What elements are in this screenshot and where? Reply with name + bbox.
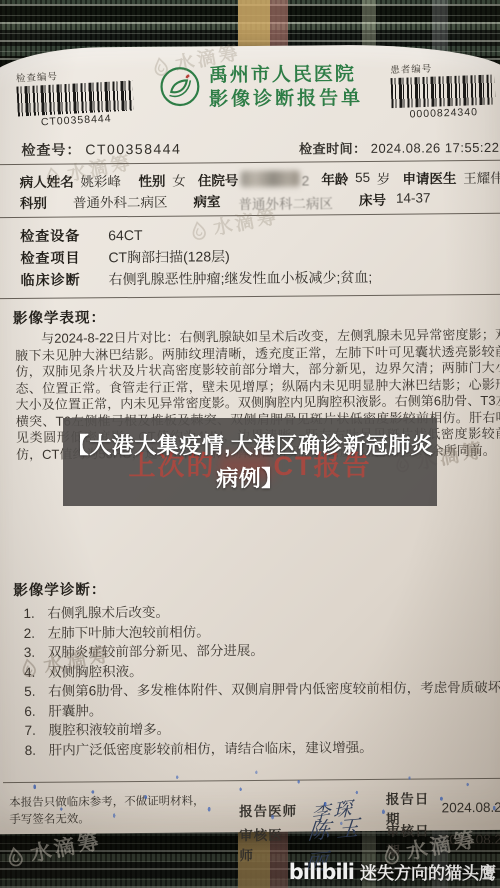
diagnosis-item-text: 肝内广泛低密度影较前相仿，请结合临床，建议增强。: [49, 737, 373, 759]
report-header: 检查编号 CT00358444 禹州市人民医院: [0, 50, 500, 138]
patient-barcode-icon: [391, 74, 496, 108]
diagnosis-item-text: 肝囊肿。: [48, 701, 102, 721]
patient-row-2: 科别 普通外科二病区 病室 普通外科二病区 床号 14-37: [20, 187, 500, 212]
diagnosis-item-text: 腹腔积液较前增多。: [48, 720, 170, 741]
patient-name-label: 病人姓名: [20, 170, 74, 190]
dept-label: 科别: [20, 191, 47, 211]
exam-barcode-label: 检查编号: [16, 68, 59, 84]
gender-value: 女: [172, 169, 186, 189]
diagnosis-item-number: 6.: [24, 701, 48, 721]
exam-barcode-block: 检查编号 CT00358444: [16, 65, 135, 130]
diagnosis-item-number: 2.: [24, 623, 48, 643]
diagnosis-item-text: 双侧胸腔积液。: [48, 661, 143, 681]
report-title: 影像诊断报告单: [209, 87, 363, 112]
diagnosis-item-number: 8.: [25, 740, 49, 760]
hospital-name: 禹州市人民医院: [209, 63, 363, 88]
clinical-diagnosis-label: 临床诊断: [21, 269, 109, 290]
disclaimer-line-1: 本报告只做临床参考，不做证明材料，: [9, 793, 205, 812]
request-doctor-label: 申请医生: [402, 167, 456, 187]
diagnosis-item: 8.肝内广泛低密度影较前相仿，请结合临床，建议增强。: [25, 736, 500, 760]
clinical-diagnosis-value: 右侧乳腺恶性肿瘤;继发性血小板减少;贫血;: [109, 267, 373, 289]
hospital-logo-icon: [159, 65, 201, 112]
review-date-label: 审核日期: [386, 819, 434, 859]
findings-section-label: 影像学表现：: [13, 303, 500, 328]
exam-time-value: 2024.08.26 17:55:22: [371, 140, 500, 156]
report-doctor-label: 报告医师: [239, 800, 297, 821]
device-label: 检查设备: [20, 225, 108, 246]
report-dates: 报告日期 2024.08.26 审核日期 2024.08.26: [386, 791, 500, 860]
diagnosis-item-number: 3.: [24, 643, 48, 663]
footer-disclaimer: 本报告只做临床参考，不做证明材料， 手写签名无效。: [9, 793, 205, 863]
caption-line-2: 病例】: [216, 462, 284, 495]
review-date-value: 2024.08.26: [442, 831, 500, 847]
dept-value: 普通外科二病区: [73, 190, 168, 211]
diagnosis-item-text: 右侧乳腺术后改变。: [47, 603, 169, 624]
review-doctor-row: 审核医师 陈玉丽: [239, 826, 386, 861]
request-doctor-value: 王耀伟: [463, 166, 500, 186]
diagnosis-item-number: 4.: [24, 662, 48, 682]
admission-no-label: 住院号: [198, 169, 239, 189]
exam-item-value: CT胸部扫描(128层): [108, 246, 230, 267]
exam-info-block: 检查设备 64CT 检查项目 CT胸部扫描(128层) 临床诊断 右侧乳腺恶性肿…: [0, 214, 500, 299]
age-unit: 岁: [377, 167, 391, 187]
ward-value: 普通外科二病区: [238, 192, 333, 213]
diagnosis-item-number: 1.: [23, 604, 47, 624]
video-frame: 检查编号 CT00358444 禹州市人民医院: [0, 0, 500, 888]
channel-username: 迷失方向的猫头鹰: [360, 859, 496, 884]
caption-line-1: 【大港大集疫情,大港区确诊新冠肺炎: [67, 429, 434, 462]
clinical-diagnosis-row: 临床诊断 右侧乳腺恶性肿瘤;继发性血小板减少;贫血;: [21, 265, 500, 291]
channel-credit: bilibili 迷失方向的猫头鹰: [289, 859, 496, 884]
patient-name-value: 姚彩峰: [80, 170, 121, 190]
exam-no-label: 检查号：: [21, 141, 81, 158]
diagnosis-item-text: 右侧第6肋骨、多发椎体附件、双侧肩胛骨内低密度较前相仿，考虑骨质破坏。: [48, 678, 500, 702]
bed-label: 床号: [359, 188, 386, 208]
exam-barcode-number: CT00358444: [41, 113, 112, 129]
patient-barcode-number: 0000824340: [409, 106, 478, 120]
exam-item-label: 检查项目: [20, 247, 108, 268]
admission-no-partial: 2: [302, 173, 310, 188]
diagnosis-section-label: 影像学诊断：: [13, 575, 500, 600]
patient-barcode-block: 患者编号 0000824340: [390, 59, 496, 122]
diagnosis-list: 1.右侧乳腺术后改变。 2.左肺下叶肺大泡较前相仿。 3.双肺炎症较前部分新见、…: [23, 600, 500, 760]
bilibili-logo: bilibili: [289, 860, 354, 884]
exam-time-label: 检查时间：: [299, 141, 367, 157]
diagnosis-item-text: 双肺炎症较前部分新见、部分进展。: [48, 641, 264, 662]
video-caption-overlay: 上次的CT报告 【大港大集疫情,大港区确诊新冠肺炎 病例】: [63, 418, 437, 506]
patient-info-block: 病人姓名 姚彩峰 性别 女 住院号 2 年龄 55 岁 申请医生 王耀伟 科别 …: [0, 161, 500, 218]
exam-no-value: CT00358444: [85, 141, 181, 158]
review-doctor-label: 审核医师: [239, 824, 292, 864]
diagnosis-item-number: 7.: [24, 721, 48, 741]
report-date-value: 2024.08.26: [442, 799, 500, 815]
patient-barcode-label: 患者编号: [390, 61, 432, 76]
age-value: 55: [355, 170, 370, 185]
disclaimer-line-2: 手写签名无效。: [9, 810, 205, 829]
report-footer: 本报告只做临床参考，不做证明材料， 手写签名无效。 报告医师 李琛 审核医师 陈…: [3, 778, 500, 863]
age-label: 年龄: [321, 168, 348, 188]
diagnosis-item: 5.右侧第6肋骨、多发椎体附件、双侧肩胛骨内低密度较前相仿，考虑骨质破坏。: [24, 678, 500, 702]
exam-barcode-icon: [16, 80, 133, 116]
review-date-row: 审核日期 2024.08.26: [386, 823, 500, 856]
ward-label: 病室: [193, 190, 220, 210]
device-value: 64CT: [108, 227, 142, 243]
hospital-title-block: 禹州市人民医院 影像诊断报告单: [159, 63, 363, 113]
censored-admission-number: [240, 170, 299, 187]
bed-value: 14-37: [396, 190, 431, 205]
diagnosis-item-number: 5.: [24, 682, 48, 702]
doctor-signatures: 报告医师 李琛 审核医师 陈玉丽: [239, 792, 386, 861]
diagnosis-item-text: 左肺下叶肺大泡较前相仿。: [48, 622, 210, 643]
gender-label: 性别: [138, 169, 165, 189]
